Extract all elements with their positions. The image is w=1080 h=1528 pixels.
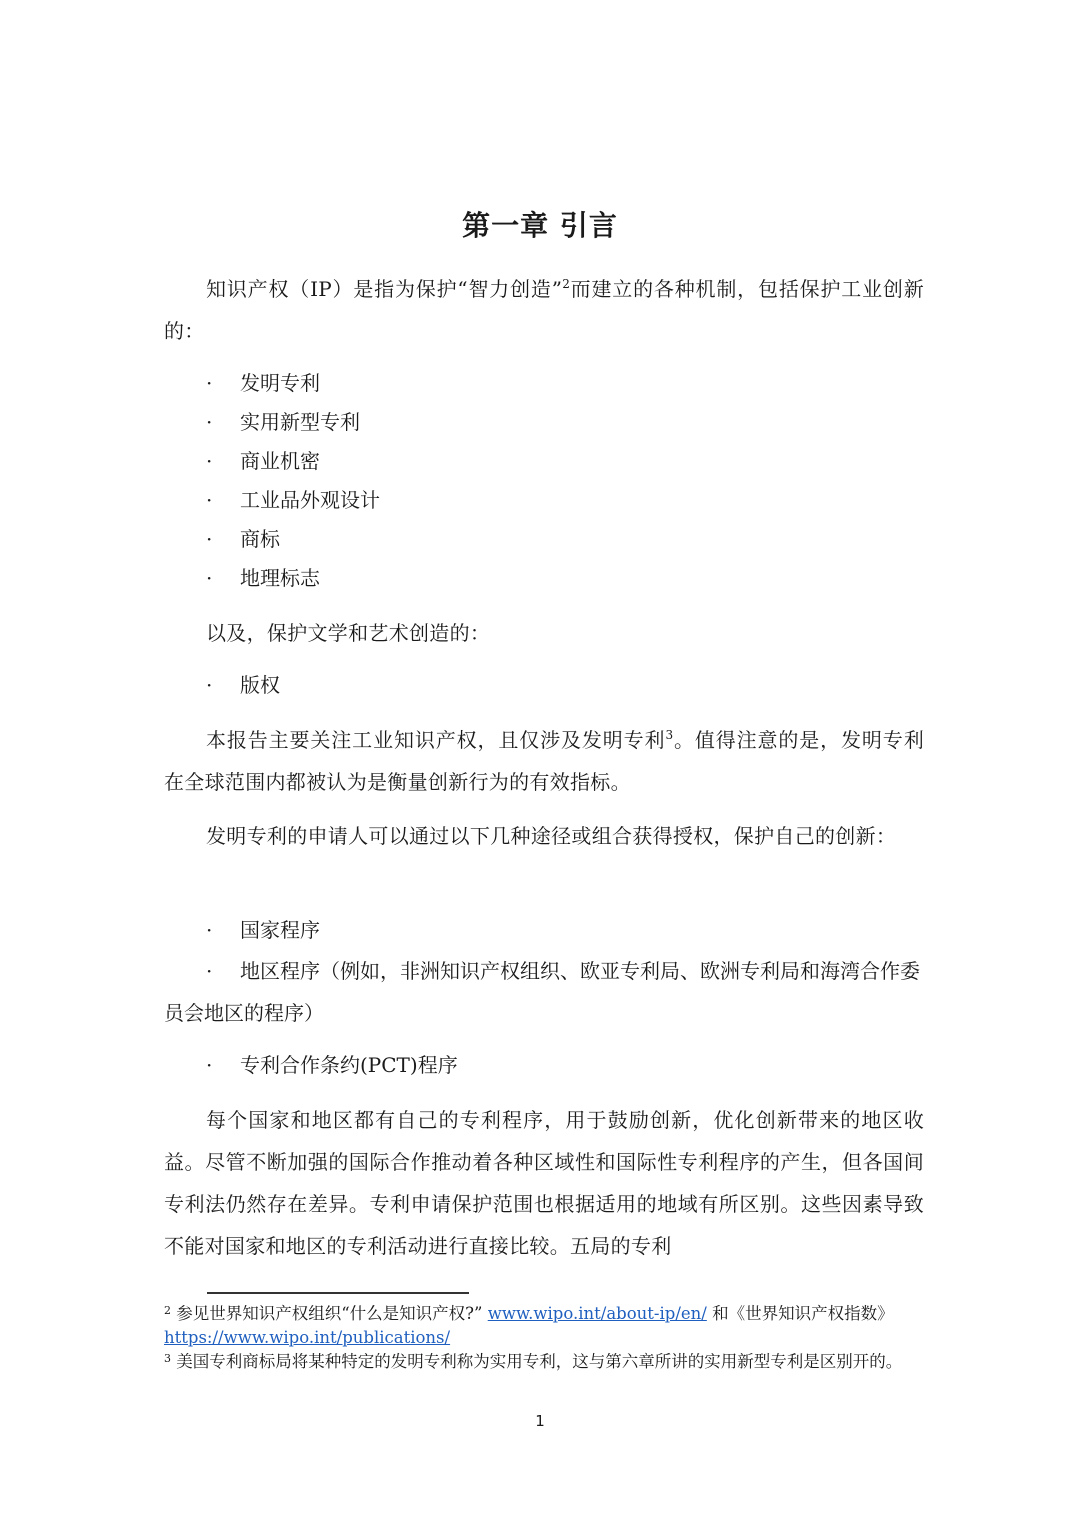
list-item-label: 专利合作条约(PCT)程序 — [240, 1053, 458, 1077]
list-item: ·实用新型专利 — [164, 403, 924, 442]
bullet-icon: · — [164, 950, 240, 992]
footnote-3: 3 美国专利商标局将某种特定的发明专利称为实用专利，这与第六章所讲的实用新型专利… — [164, 1350, 904, 1374]
footnote-number: 2 — [164, 1304, 171, 1317]
intro-paragraph: 知识产权（IP）是指为保护“智力创造”2而建立的各种机制，包括保护工业创新的： — [164, 268, 924, 352]
list-item-label: 发明专利 — [240, 371, 320, 395]
focus-text: 本报告主要关注工业知识产权，且仅涉及发明专利 — [206, 728, 665, 752]
procedures-paragraph: 每个国家和地区都有自己的专利程序，用于鼓励创新，优化创新带来的地区收益。尽管不断… — [164, 1099, 924, 1267]
list-item: ·商标 — [164, 520, 924, 559]
list-item-label: 地区程序（例如，非洲知识产权组织、欧亚专利局、欧洲专利局和海湾合作委员会地区的程… — [164, 959, 920, 1025]
bullet-icon: · — [164, 481, 240, 520]
footnote-divider — [207, 1292, 469, 1294]
page-number: 1 — [0, 1412, 1080, 1430]
list-item: ·地区程序（例如，非洲知识产权组织、欧亚专利局、欧洲专利局和海湾合作委员会地区的… — [164, 950, 924, 1034]
list-item: ·国家程序 — [164, 911, 924, 950]
bullet-icon: · — [164, 364, 240, 403]
list-item-label: 商标 — [240, 527, 280, 551]
footnote-text: 参见世界知识产权组织“什么是知识产权?” — [176, 1304, 482, 1323]
footnote-text: 美国专利商标局将某种特定的发明专利称为实用专利，这与第六章所讲的实用新型专利是区… — [176, 1352, 902, 1371]
footnote-2: 2 参见世界知识产权组织“什么是知识产权?” www.wipo.int/abou… — [164, 1302, 904, 1350]
list-item: ·版权 — [164, 666, 924, 705]
intro-text: 知识产权（IP）是指为保护“智力创造” — [206, 277, 562, 301]
list-item: ·专利合作条约(PCT)程序 — [164, 1046, 924, 1085]
literary-paragraph: 以及，保护文学和艺术创造的： — [164, 612, 924, 654]
list-item-label: 版权 — [240, 673, 280, 697]
routes-paragraph: 发明专利的申请人可以通过以下几种途径或组合获得授权，保护自己的创新： — [164, 815, 924, 857]
bullet-icon: · — [164, 559, 240, 598]
list-item-label: 国家程序 — [240, 918, 320, 942]
focus-paragraph: 本报告主要关注工业知识产权，且仅涉及发明专利3。值得注意的是，发明专利在全球范围… — [164, 719, 924, 803]
chapter-title: 第一章 引言 — [0, 204, 1080, 248]
wipo-publications-link[interactable]: https://www.wipo.int/publications/ — [164, 1328, 450, 1347]
list-item-label: 商业机密 — [240, 449, 320, 473]
bullet-icon: · — [164, 911, 240, 950]
bullet-icon: · — [164, 442, 240, 481]
footnote-number: 3 — [164, 1352, 171, 1365]
bullet-icon: · — [164, 520, 240, 559]
footnote-text-cont: 和《世界知识产权指数》 — [712, 1304, 894, 1323]
list-item-label: 实用新型专利 — [240, 410, 360, 434]
list-item-label: 地理标志 — [240, 566, 320, 590]
bullet-icon: · — [164, 403, 240, 442]
list-item-label: 工业品外观设计 — [240, 488, 380, 512]
list-item: ·工业品外观设计 — [164, 481, 924, 520]
bullet-icon: · — [164, 1046, 240, 1085]
list-item: ·发明专利 — [164, 364, 924, 403]
footnote-ref-2[interactable]: 2 — [562, 277, 570, 291]
document-page: 第一章 引言 知识产权（IP）是指为保护“智力创造”2而建立的各种机制，包括保护… — [0, 0, 1080, 1528]
list-item: ·地理标志 — [164, 559, 924, 598]
list-item: ·商业机密 — [164, 442, 924, 481]
bullet-icon: · — [164, 666, 240, 705]
wipo-about-ip-link[interactable]: www.wipo.int/about-ip/en/ — [488, 1304, 707, 1323]
